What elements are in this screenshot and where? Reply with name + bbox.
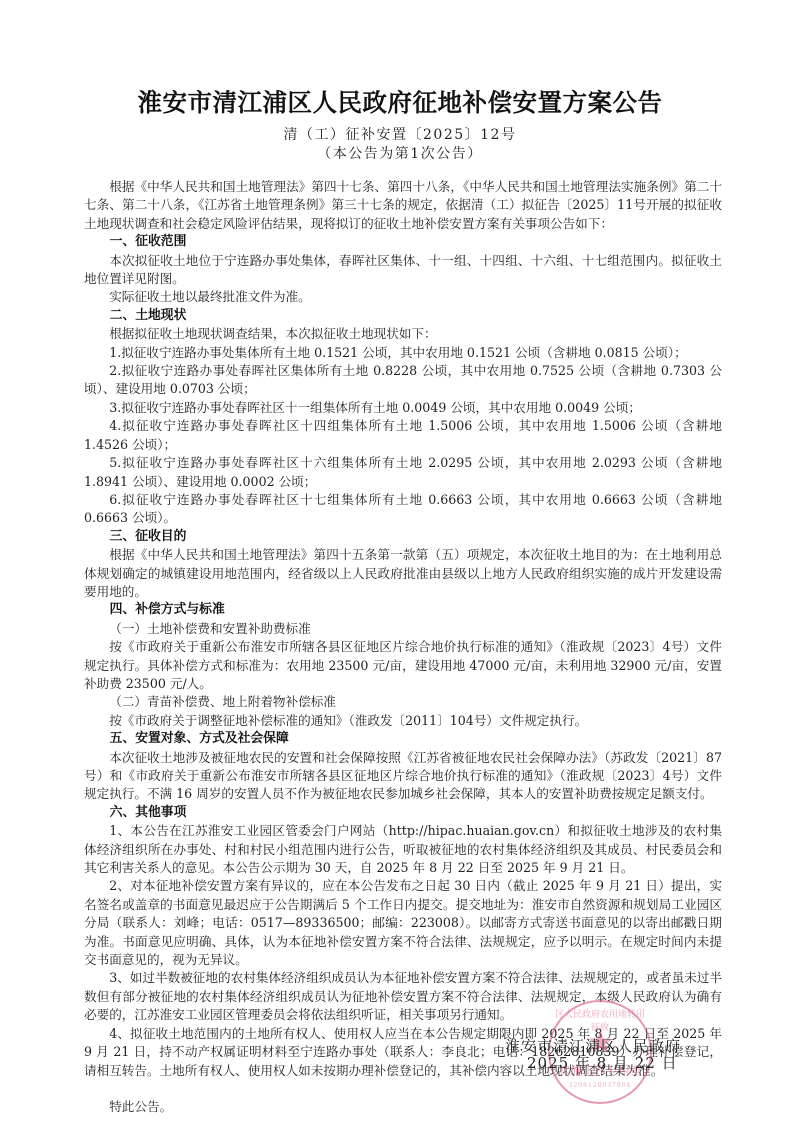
other-item: 1、本公告在江苏淮安工业园区管委会门户网站（http://hipac.huaia… (84, 822, 722, 877)
compensation-subheading-land: （一）土地补偿费和安置补助费标准 (84, 620, 722, 638)
section-heading-compensation: 四、补偿方式与标准 (84, 601, 722, 619)
compensation-crops-paragraph: 按《市政府关于调整征地补偿标准的通知》（淮政发〔2011〕104号）文件规定执行… (84, 712, 722, 730)
scope-note: 实际征收土地以最终批准文件为准。 (84, 288, 722, 306)
land-status-item: 5.拟征收宁连路办事处春晖社区十六组集体所有土地 2.0295 公顷，其中农用地… (84, 454, 722, 491)
compensation-subheading-crops: （二）青苗补偿费、地上附着物补偿标准 (84, 693, 722, 711)
notice-body: 根据《中华人民共和国土地管理法》第四十七条、第四十八条，《中华人民共和国土地管理… (84, 178, 722, 1117)
land-status-item: 6.拟征收宁连路办事处春晖社区十七组集体所有土地 0.6663 公顷，其中农用地… (84, 491, 722, 528)
document-number: 清（工）征补安置〔2025〕12号 (0, 124, 800, 144)
section-heading-resettlement: 五、安置对象、方式及社会保障 (84, 730, 722, 748)
section-heading-scope: 一、征收范围 (84, 233, 722, 251)
section-heading-land-status: 二、土地现状 (84, 307, 722, 325)
notice-page: 淮安市清江浦区人民政府征地补偿安置方案公告 清（工）征补安置〔2025〕12号 … (0, 0, 800, 1131)
land-status-item: 4.拟征收宁连路办事处春晖社区十四组集体所有土地 1.5006 公顷，其中农用地… (84, 417, 722, 454)
seal-code: 3208120037864 (550, 1082, 650, 1089)
land-status-item: 1.拟征收宁连路办事处集体所有土地 0.1521 公顷，其中农用地 0.1521… (84, 344, 722, 362)
land-status-lead: 根据拟征收土地现状调查结果，本次拟征收土地现状如下： (84, 325, 722, 343)
purpose-paragraph: 根据《中华人民共和国土地管理法》第四十五条第一款第（五）项规定，本次征收土地目的… (84, 546, 722, 601)
scope-paragraph: 本次拟征收土地位于宁连路办事处集体，春晖社区集体、十一组、十四组、十六组、十七组… (84, 252, 722, 289)
notice-sequence: （本公告为第1次公告） (0, 143, 800, 163)
signature-org: 淮安市清江浦区人民政府 (505, 1038, 725, 1055)
signature-date: 2025 年 8 月 22 日 (505, 1055, 725, 1072)
land-status-item: 2.拟征收宁连路办事处春晖社区集体所有土地 0.8228 公顷，其中农用地 0.… (84, 362, 722, 399)
section-heading-other: 六、其他事项 (84, 804, 722, 822)
other-item: 2、对本征地补偿安置方案有异议的，应在本公告发布之日起 30 日内（截止 202… (84, 877, 722, 969)
intro-paragraph: 根据《中华人民共和国土地管理法》第四十七条、第四十八条，《中华人民共和国土地管理… (84, 178, 722, 233)
signature-block: 淮安市清江浦区人民政府 2025 年 8 月 22 日 (505, 1038, 725, 1072)
resettlement-paragraph: 本次征收土地涉及被征地农民的安置和社会保障按照《江苏省被征地农民社会保障办法》（… (84, 749, 722, 804)
compensation-land-paragraph: 按《市政府关于重新公布淮安市所辖各县区征地区片综合地价执行标准的通知》（淮政规〔… (84, 638, 722, 693)
land-status-item: 3.拟征收宁连路办事处春晖社区十一组集体所有土地 0.0049 公顷，其中农用地… (84, 399, 722, 417)
closing-statement: 特此公告。 (84, 1098, 722, 1116)
section-heading-purpose: 三、征收目的 (84, 528, 722, 546)
page-title: 淮安市清江浦区人民政府征地补偿安置方案公告 (0, 84, 800, 119)
